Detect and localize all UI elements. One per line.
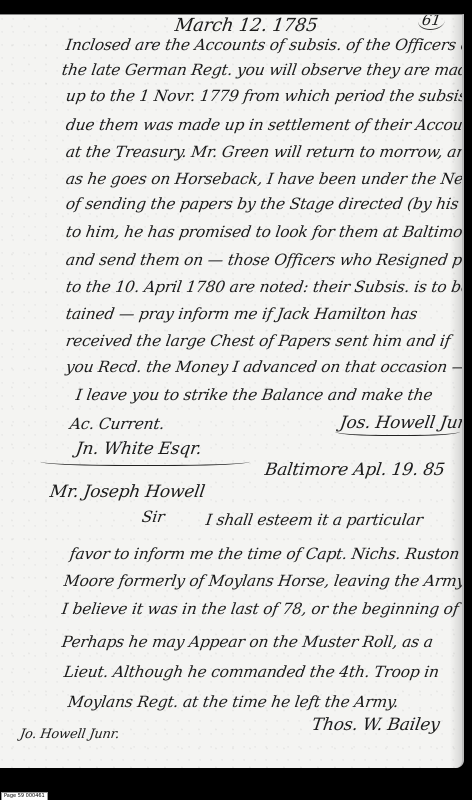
letter2-line: I believe it was in the last of 78, or t… [61,600,464,618]
letter1-line: as he goes on Horseback, I have been und… [65,170,464,188]
letter1-line: you Recd. the Money I advanced on that o… [65,358,464,376]
letter1-line: tained — pray inform me if Jack Hamilton… [65,305,419,323]
letter2-line: Perhaps he may Appear on the Muster Roll… [61,633,434,651]
letter2-line: Moylans Regt. at the time he left the Ar… [67,693,400,711]
letter1-line: up to the 1 Novr. 1779 from which period… [65,87,464,105]
letter1-line: at the Treasury. Mr. Green will return t… [65,143,464,161]
letter1-line: received the large Chest of Papers sent … [65,332,452,350]
manuscript-page: March 12. 1785 61 Inclosed are the Accou… [0,14,464,768]
letter1-line: the late German Regt. you will observe t… [61,61,464,79]
letter2-addressee: Mr. Joseph Howell [49,482,207,502]
letter2-signature: Thos. W. Bailey [311,715,441,735]
letter1-line: I leave you to strike the Balance and ma… [75,386,434,404]
letter2-line: favor to inform me the time of Capt. Nic… [69,545,461,563]
folio-number: 61 [417,14,446,30]
letter1-line: to the 10. April 1780 are noted: their S… [65,278,464,296]
letter1-line: Ac. Current. [69,415,166,433]
addressee-flourish [40,455,250,466]
signature-flourish [335,425,460,436]
letter1-line: of sending the papers by the Stage direc… [65,195,464,213]
letter2-place-date: Baltimore Apl. 19. 85 [264,460,446,480]
letter1-date: March 12. 1785 [174,15,319,36]
letter2-salutation: Sir [141,508,166,526]
docket-note: Jo. Howell Junr. [19,727,120,742]
letter2-line: Moore formerly of Moylans Horse, leaving… [63,572,464,590]
letter1-line: and send them on — those Officers who Re… [65,251,464,269]
page-label: Page 59 000461 [1,792,48,800]
letter2-line: I shall esteem it a particular [205,511,424,529]
letter2-line: Lieut. Although he commanded the 4th. Tr… [63,663,440,681]
letter1-line: due them was made up in settlement of th… [65,116,464,134]
letter1-line: Inclosed are the Accounts of subsis. of … [65,36,464,54]
letter1-line: to him, he has promised to look for them… [65,223,464,241]
